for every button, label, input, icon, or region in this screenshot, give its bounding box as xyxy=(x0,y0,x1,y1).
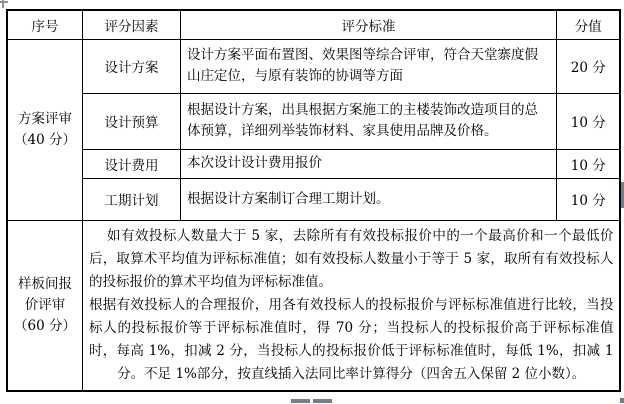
header-serial: 序号 xyxy=(7,10,82,39)
document-page: 序号 评分因素 评分标准 分值 方案评审 （40 分） 设计方案 设计方案平面布… xyxy=(0,0,624,404)
criteria-paragraph: 根据有效投标人的合理报价，用各有效投标人的投标报价与评标标准值进行比较，当投标人… xyxy=(89,294,614,386)
group-score-label: （60 分） xyxy=(14,316,76,337)
factor-cell: 工期计划 xyxy=(82,178,180,220)
group-name: 样板间报价评审 xyxy=(14,274,76,316)
hscrollbar-thumb-left[interactable] xyxy=(291,399,310,403)
table-header-row: 序号 评分因素 评分标准 分值 xyxy=(7,10,620,39)
criteria-cell: 根据设计方案制订合理工期计划。 xyxy=(180,178,556,220)
group-score-label: （40 分） xyxy=(14,130,76,151)
scoring-table: 序号 评分因素 评分标准 分值 方案评审 （40 分） 设计方案 设计方案平面布… xyxy=(6,9,621,392)
group-label-sample-room-quote: 样板间报价评审 （60 分） xyxy=(7,220,82,391)
table-row: 方案评审 （40 分） 设计方案 设计方案平面布置图、效果图等综合评审，符合天堂… xyxy=(7,39,620,93)
criteria-cell: 设计方案平面布置图、效果图等综合评审，符合天堂寨度假山庄定位，与原有装饰的协调等… xyxy=(180,39,556,93)
score-cell: 20 分 xyxy=(556,39,620,93)
table-row: 设计费用 本次设计设计费用报价 10 分 xyxy=(7,149,620,178)
criteria-paragraph: 如有效投标人数量大于 5 家，去除所有有效投标报价中的一个最高价和一个最低价后，… xyxy=(89,225,614,294)
criteria-cell-merged: 如有效投标人数量大于 5 家，去除所有有效投标报价中的一个最高价和一个最低价后，… xyxy=(82,220,620,391)
resize-handle[interactable] xyxy=(620,398,624,403)
factor-cell: 设计费用 xyxy=(82,149,180,178)
criteria-cell: 根据设计方案，出具根据方案施工的主楼装饰改造项目的总体预算，详细列举装饰材料、家… xyxy=(180,93,556,149)
score-cell: 10 分 xyxy=(556,93,620,149)
factor-cell: 设计预算 xyxy=(82,93,180,149)
factor-cell: 设计方案 xyxy=(82,39,180,93)
header-criteria: 评分标准 xyxy=(180,10,556,39)
group-label-proposal-review: 方案评审 （40 分） xyxy=(7,39,82,220)
table-row: 工期计划 根据设计方案制订合理工期计划。 10 分 xyxy=(7,178,620,220)
group-name: 方案评审 xyxy=(14,109,76,130)
score-cell: 10 分 xyxy=(556,178,620,220)
header-factor: 评分因素 xyxy=(82,10,180,39)
header-score: 分值 xyxy=(556,10,620,39)
score-cell: 10 分 xyxy=(556,149,620,178)
table-row: 设计预算 根据设计方案，出具根据方案施工的主楼装饰改造项目的总体预算，详细列举装… xyxy=(7,93,620,149)
table-row: 样板间报价评审 （60 分） 如有效投标人数量大于 5 家，去除所有有效投标报价… xyxy=(7,220,620,391)
table-move-handle-icon[interactable] xyxy=(0,0,8,8)
hscrollbar-thumb-right[interactable] xyxy=(313,399,332,403)
criteria-cell: 本次设计设计费用报价 xyxy=(180,149,556,178)
